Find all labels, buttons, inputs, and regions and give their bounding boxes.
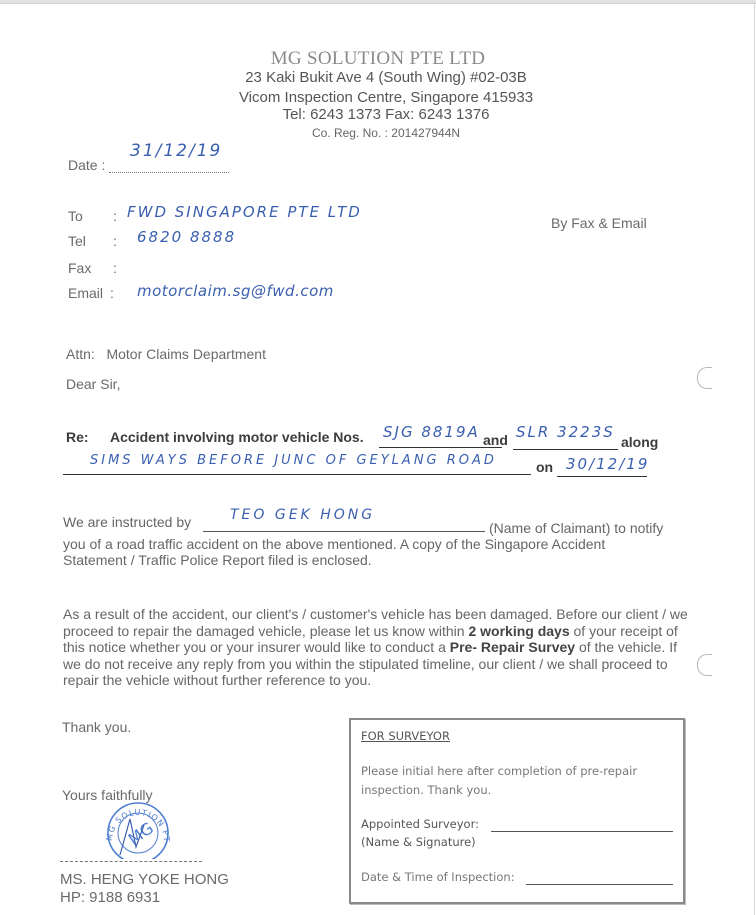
- attn-line: Attn: Motor Claims Department: [66, 346, 266, 362]
- thank-you: Thank you.: [62, 719, 131, 735]
- salutation: Dear Sir,: [66, 376, 120, 392]
- re-on: on: [536, 459, 553, 475]
- claimant-underline: [203, 531, 485, 532]
- company-stamp-icon: MG SOLUTION PTE LTD MG: [98, 797, 186, 859]
- inspection-date-label: Date & Time of Inspection:: [361, 870, 515, 884]
- surveyor-instruction-line1: Please initial here after completion of …: [361, 764, 637, 778]
- margin-punch-mark: [697, 654, 712, 676]
- margin-punch-mark: [697, 367, 712, 389]
- viewer-top-bar: [0, 0, 756, 4]
- appointed-surveyor-line: [491, 831, 673, 832]
- tel-value: 6820 8888: [137, 228, 236, 246]
- fax-label: Fax: [68, 260, 91, 276]
- location-value: SIMS WAYS BEFORE JUNC OF GEYLANG ROAD: [90, 453, 497, 468]
- instructed-line2: you of a road traffic accident on the ab…: [63, 536, 605, 553]
- re-label: Re:: [66, 429, 89, 445]
- to-label: To: [68, 208, 83, 224]
- re-and: and: [483, 432, 508, 448]
- re-text: Accident involving motor vehicle Nos.: [110, 429, 364, 445]
- deadline-emphasis: 2 working days: [468, 623, 569, 639]
- appointed-surveyor-label: Appointed Surveyor:: [361, 817, 479, 831]
- survey-emphasis: Pre- Repair Survey: [450, 639, 575, 655]
- surveyor-box: FOR SURVEYOR Please initial here after c…: [349, 718, 685, 904]
- signatory-phone: HP: 9188 6931: [60, 889, 160, 906]
- signatory-name: MS. HENG YOKE HONG: [60, 871, 229, 888]
- company-address-line2: Vicom Inspection Centre, Singapore 41593…: [8, 89, 756, 106]
- email-label: Email: [68, 285, 103, 301]
- accident-date-underline: [557, 476, 647, 477]
- signature-line: [60, 861, 202, 862]
- vehicle2-underline: [513, 449, 618, 450]
- instructed-suffix: (Name of Claimant) to notify: [489, 520, 663, 537]
- company-name: MG SOLUTION PTE LTD: [0, 48, 756, 70]
- location-underline: [63, 474, 531, 475]
- email-value: motorclaim.sg@fwd.com: [137, 282, 334, 300]
- appointed-surveyor-sub: (Name & Signature): [361, 835, 476, 849]
- claimant-value: TEO GEK HONG: [230, 507, 375, 523]
- surveyor-box-title: FOR SURVEYOR: [361, 729, 450, 743]
- to-value: FWD SINGAPORE PTE LTD: [127, 203, 362, 221]
- date-dotted-line: [109, 171, 229, 173]
- body-paragraph: As a result of the accident, our client'…: [63, 606, 693, 689]
- accident-date-value: 30/12/19: [566, 455, 649, 473]
- date-value: 31/12/19: [130, 141, 222, 161]
- company-contact: Tel: 6243 1373 Fax: 6243 1376: [8, 106, 756, 123]
- re-along: along: [621, 434, 658, 450]
- company-reg-no: Co. Reg. No. : 201427944N: [8, 126, 756, 140]
- inspection-date-line: [526, 884, 673, 885]
- company-address-line1: 23 Kaki Bukit Ave 4 (South Wing) #02-03B: [8, 69, 756, 86]
- vehicle1-value: SJG 8819A: [383, 423, 480, 441]
- instructed-line3: Statement / Traffic Police Report filed …: [63, 552, 372, 569]
- instructed-prefix: We are instructed by: [63, 514, 191, 531]
- tel-label: Tel: [68, 233, 86, 249]
- vehicle2-value: SLR 3223S: [516, 423, 615, 441]
- surveyor-instruction-line2: inspection. Thank you.: [361, 783, 491, 797]
- delivery-method: By Fax & Email: [551, 215, 647, 231]
